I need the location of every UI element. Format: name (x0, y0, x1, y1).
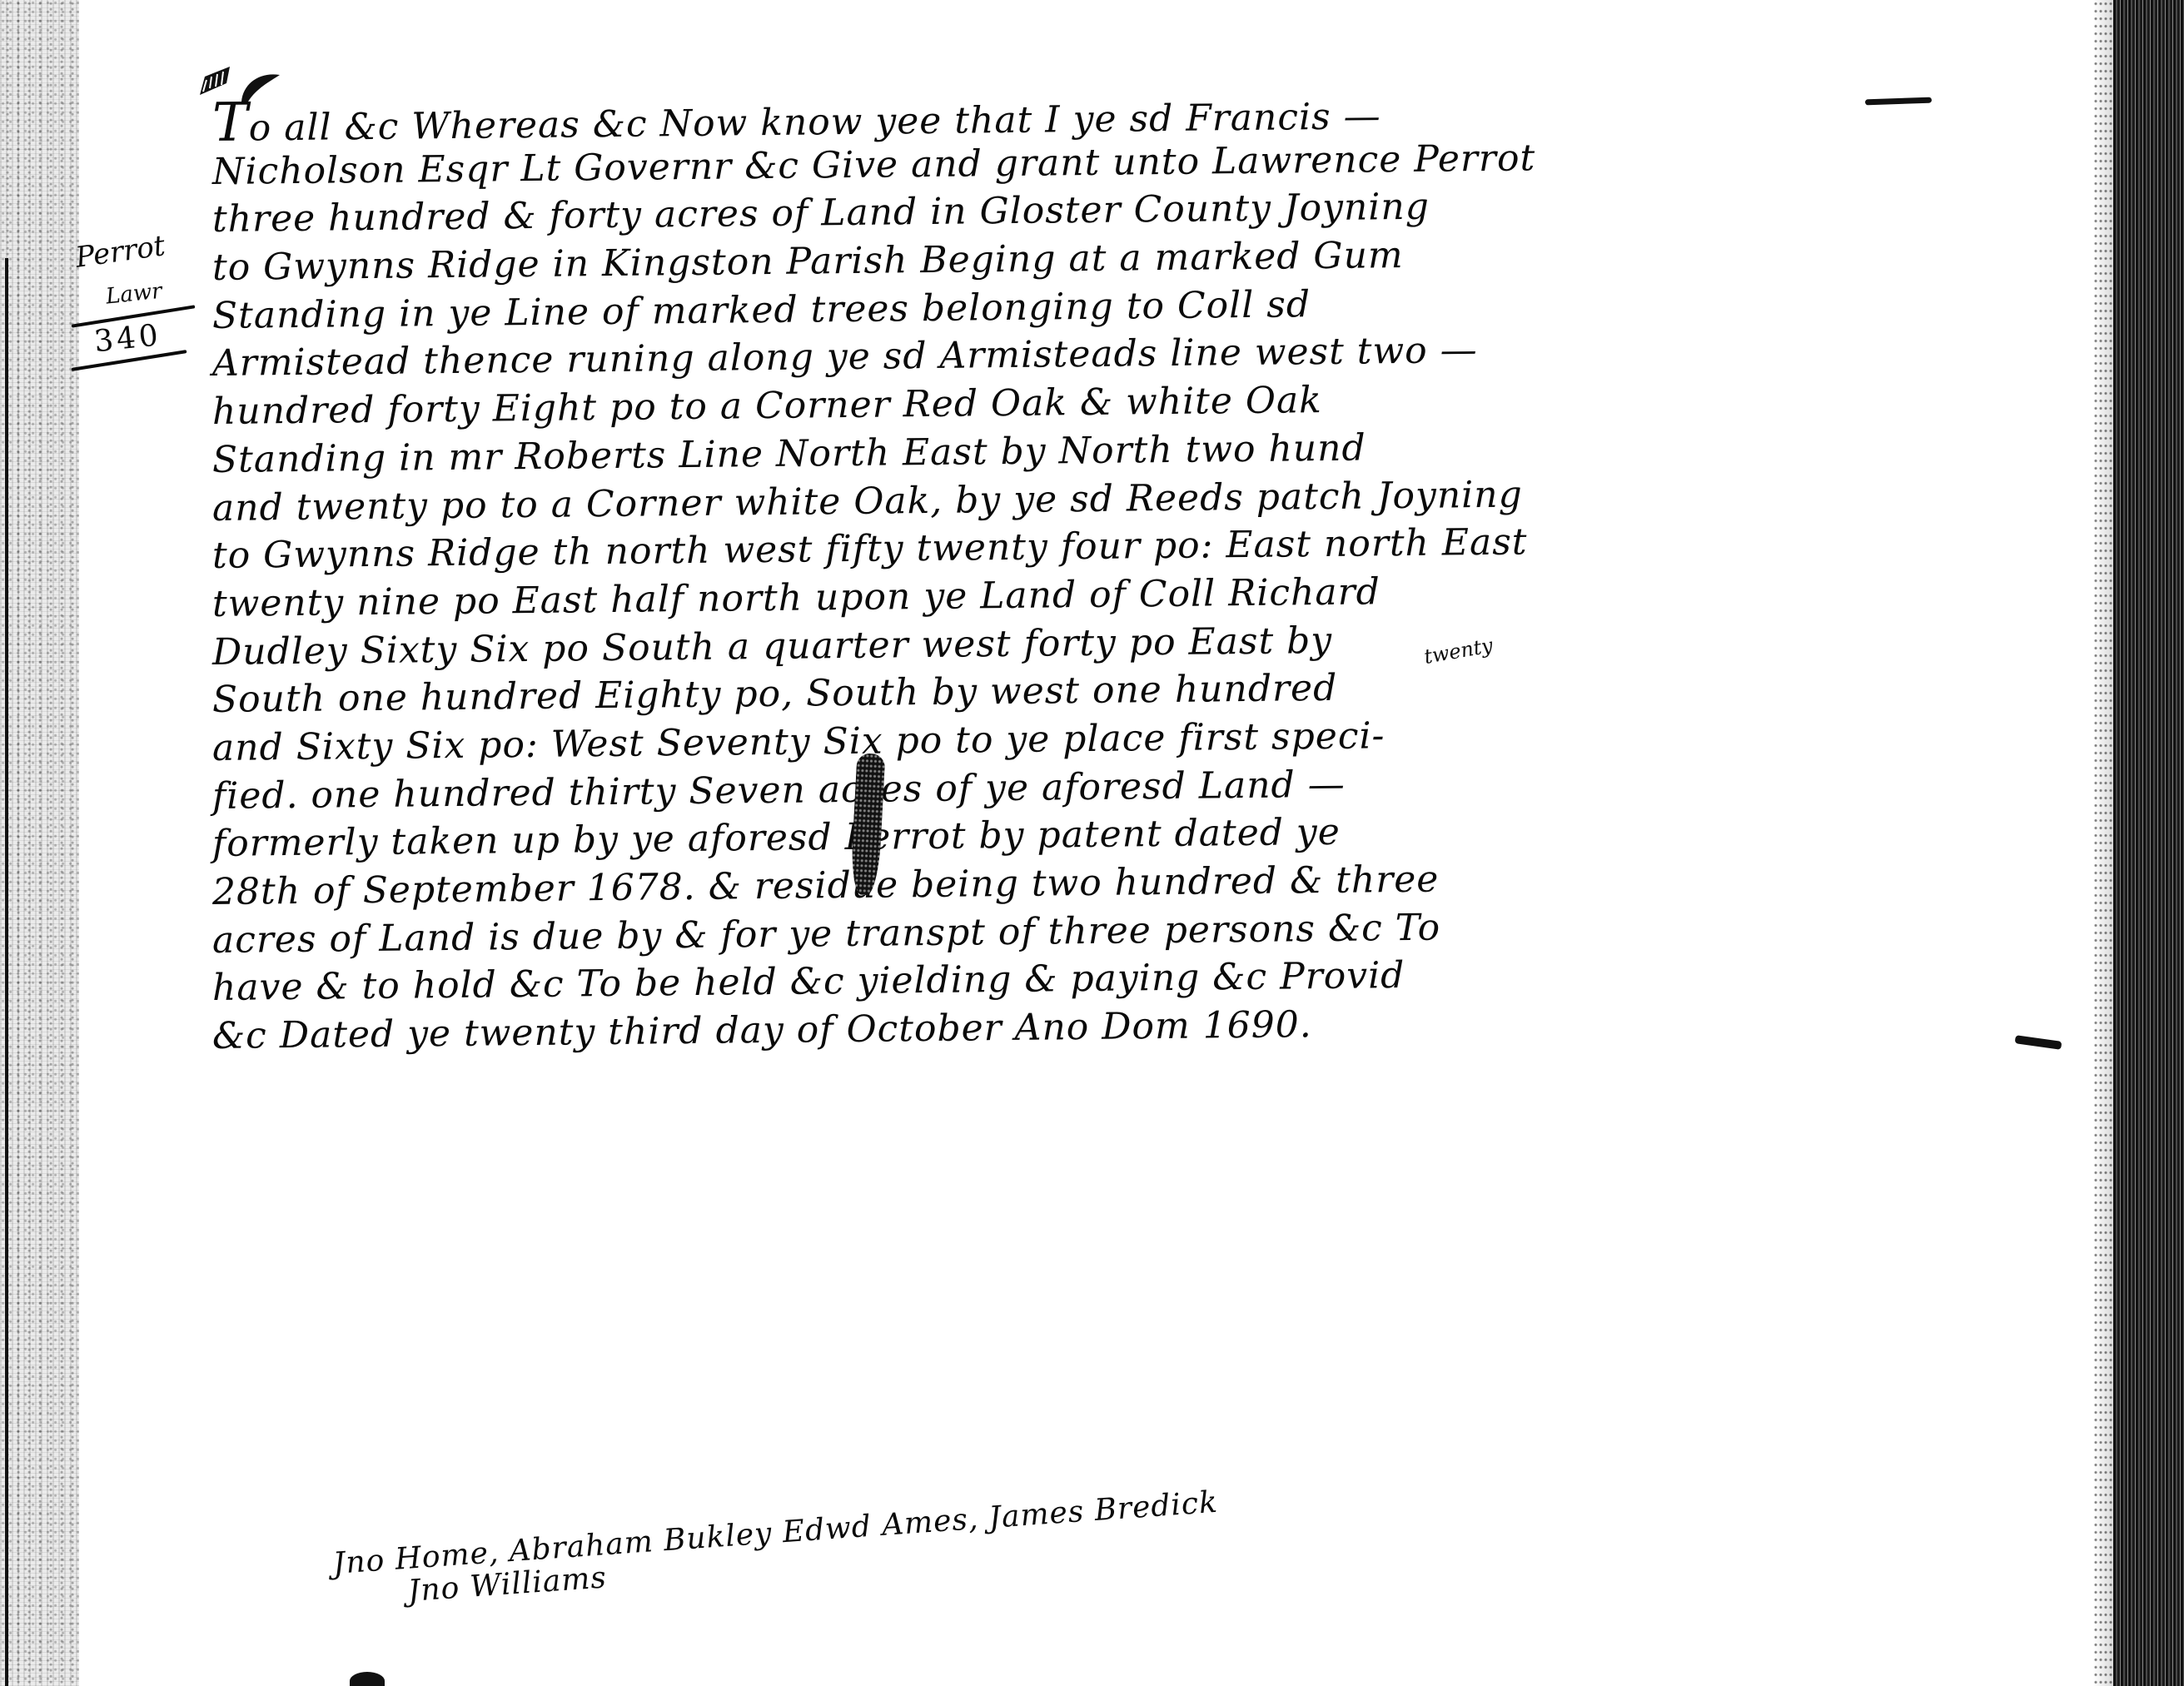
right-binding-edge (2113, 0, 2184, 1686)
grant-body-text: To all &c Whereas &c Now know yee that I… (212, 100, 2111, 1061)
left-margin-rule (5, 258, 8, 1686)
margin-note-forename: Lawr (105, 275, 197, 309)
next-entry-mark (350, 1672, 385, 1686)
margin-note: Perrot Lawr 340 (71, 241, 196, 362)
witness-signatures: Jno Home, Abraham Bukley Edwd Ames, Jame… (333, 1547, 1998, 1609)
left-binding-edge (0, 0, 79, 1686)
margin-note-name: Perrot (73, 225, 197, 275)
document-page: Perrot Lawr 340 To all &c Whereas &c Now… (0, 0, 2184, 1686)
